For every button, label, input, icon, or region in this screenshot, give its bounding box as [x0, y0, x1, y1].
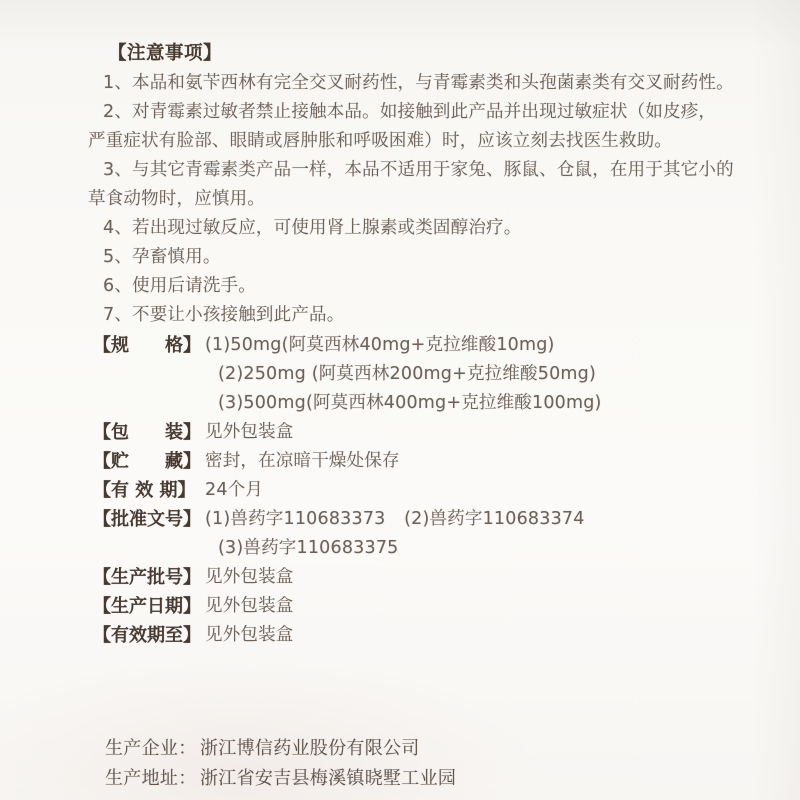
field-row-expiry-date: 【有效期至】 见外包装盒	[93, 621, 782, 650]
field-label-shelf-life: 【有 效 期】	[93, 476, 205, 505]
packaging-value: 见外包装盒	[205, 422, 294, 442]
specification-value-3: (3)500mg(阿莫西林400mg+克拉维酸100mg)	[218, 393, 602, 413]
field-row-specification: 【规 格】 (1)50mg(阿莫西林40mg+克拉维酸10mg) (2)250m…	[93, 331, 782, 418]
precaution-item-2-cont: 严重症状有脸部、眼睛或唇肿胀和呼吸困难）时，应该立刻去找医生救助。	[88, 127, 782, 156]
address-row: 生产地址： 浙江省安吉县梅溪镇晓墅工业园	[105, 764, 782, 794]
field-values-shelf-life: 24个月	[205, 476, 782, 505]
batch-number-value: 见外包装盒	[205, 567, 294, 587]
expiry-date-value: 见外包装盒	[205, 625, 294, 645]
field-row-batch-number: 【生产批号】 见外包装盒	[93, 563, 782, 592]
shelf-life-value: 24个月	[205, 480, 263, 500]
field-row-approval-number: 【批准文号】 (1)兽药字110683373 (2)兽药字110683374 (…	[93, 505, 782, 563]
manufacturer-value: 浙江博信药业股份有限公司	[200, 734, 420, 764]
field-row-storage: 【贮 藏】 密封，在凉暗干燥处保存	[93, 447, 782, 476]
approval-number-2: (2)兽药字110683374	[404, 509, 585, 529]
field-values-production-date: 见外包装盒	[205, 592, 782, 621]
precaution-item-3-cont: 草食动物时，应慎用。	[88, 185, 782, 214]
drug-instruction-sheet: 【注意事项】 1、本品和氨苄西林有完全交叉耐药性，与青霉素类和头孢菌素类有交叉耐…	[0, 0, 800, 800]
field-values-storage: 密封，在凉暗干燥处保存	[205, 447, 782, 476]
precaution-item-1: 1、本品和氨苄西林有完全交叉耐药性，与青霉素类和头孢菌素类有交叉耐药性。	[103, 69, 782, 98]
precaution-item-2: 2、对青霉素过敏者禁止接触本品。如接触到此产品并出现过敏症状（如皮疹，	[103, 98, 782, 127]
specification-value-1: (1)50mg(阿莫西林40mg+克拉维酸10mg)	[205, 335, 555, 355]
field-values-packaging: 见外包装盒	[205, 418, 782, 447]
precautions-section: 【注意事项】 1、本品和氨苄西林有完全交叉耐药性，与青霉素类和头孢菌素类有交叉耐…	[88, 38, 782, 330]
field-row-shelf-life: 【有 效 期】 24个月	[93, 476, 782, 505]
precaution-item-7: 7、不要让小孩接触到此产品。	[103, 301, 782, 330]
field-label-storage: 【贮 藏】	[93, 447, 205, 476]
manufacturer-label: 生产企业：	[105, 734, 200, 764]
precaution-item-3: 3、与其它青霉素类产品一样，本品不适用于家兔、豚鼠、仓鼠，在用于其它小的	[103, 156, 782, 185]
field-label-production-date: 【生产日期】	[93, 592, 205, 621]
address-label: 生产地址：	[105, 764, 200, 794]
precaution-item-4: 4、若出现过敏反应，可使用肾上腺素或类固醇治疗。	[103, 214, 782, 243]
precautions-heading: 【注意事项】	[108, 38, 782, 69]
field-values-specification: (1)50mg(阿莫西林40mg+克拉维酸10mg) (2)250mg (阿莫西…	[205, 331, 782, 418]
field-label-batch-number: 【生产批号】	[93, 563, 205, 592]
precaution-item-6: 6、使用后请洗手。	[103, 272, 782, 301]
storage-value: 密封，在凉暗干燥处保存	[205, 451, 400, 471]
fields-section: 【规 格】 (1)50mg(阿莫西林40mg+克拉维酸10mg) (2)250m…	[93, 331, 782, 650]
field-label-expiry-date: 【有效期至】	[93, 621, 205, 650]
field-label-packaging: 【包 装】	[93, 418, 205, 447]
field-values-approval-number: (1)兽药字110683373 (2)兽药字110683374 (3)兽药字11…	[205, 505, 782, 563]
address-value: 浙江省安吉县梅溪镇晓墅工业园	[200, 764, 456, 794]
precaution-item-5: 5、孕畜慎用。	[103, 243, 782, 272]
field-row-packaging: 【包 装】 见外包装盒	[93, 418, 782, 447]
field-row-production-date: 【生产日期】 见外包装盒	[93, 592, 782, 621]
approval-number-3: (3)兽药字110683375	[218, 538, 399, 558]
approval-number-1: (1)兽药字110683373	[205, 509, 386, 529]
field-values-batch-number: 见外包装盒	[205, 563, 782, 592]
manufacturer-row: 生产企业： 浙江博信药业股份有限公司	[105, 734, 782, 764]
field-values-expiry-date: 见外包装盒	[205, 621, 782, 650]
field-label-approval-number: 【批准文号】	[93, 505, 205, 534]
production-date-value: 见外包装盒	[205, 596, 294, 616]
specification-value-2: (2)250mg (阿莫西林200mg+克拉维酸50mg)	[218, 364, 596, 384]
manufacturer-section: 生产企业： 浙江博信药业股份有限公司 生产地址： 浙江省安吉县梅溪镇晓墅工业园	[105, 734, 782, 794]
field-label-specification: 【规 格】	[93, 331, 205, 360]
